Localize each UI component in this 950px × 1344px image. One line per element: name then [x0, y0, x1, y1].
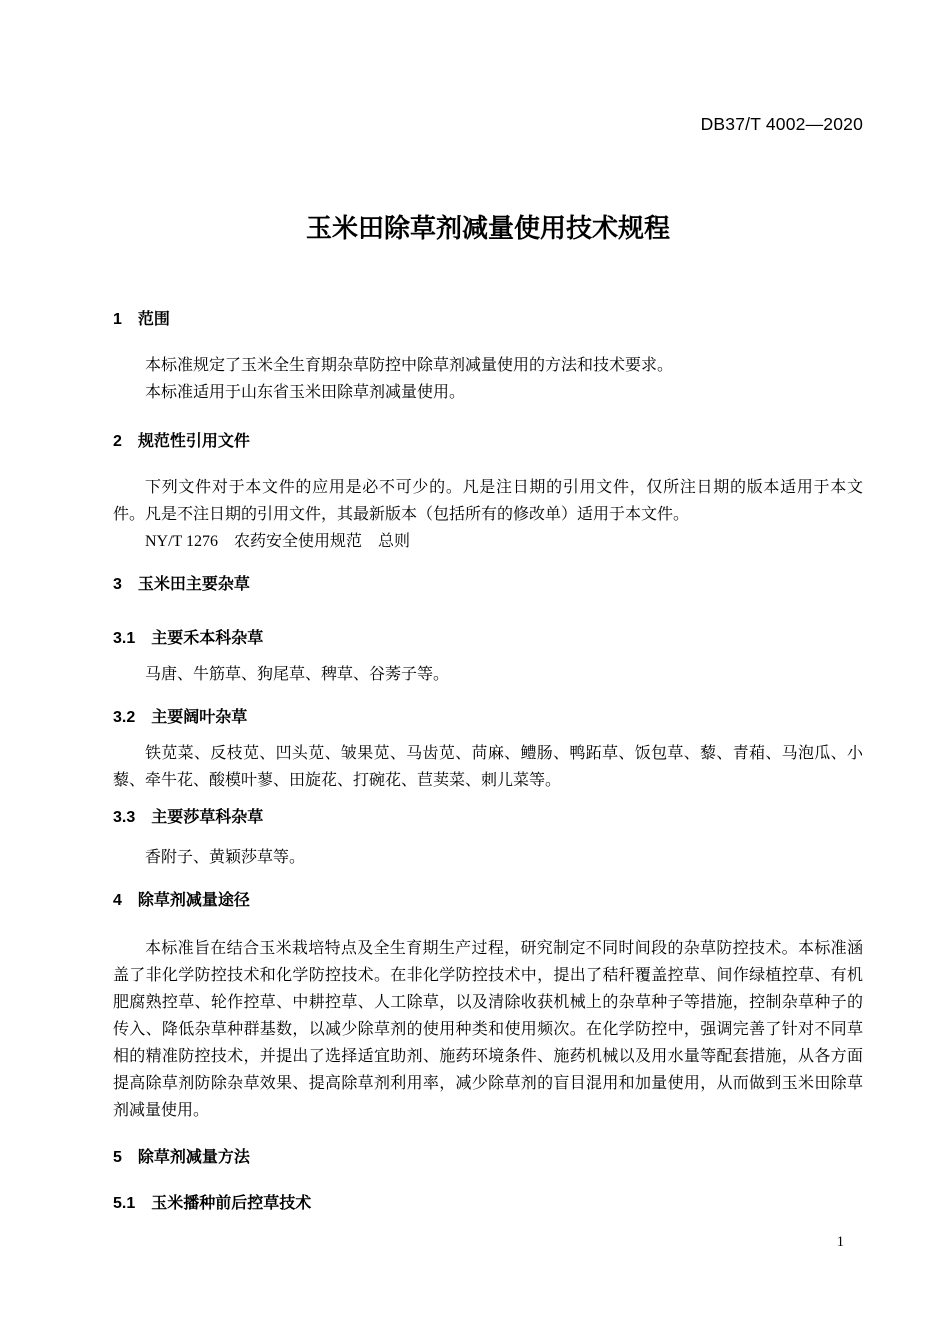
section-title: 范围 [138, 311, 170, 328]
section-heading: 5除草剂减量方法 [113, 1148, 863, 1168]
standard-code: DB37/T 4002—2020 [113, 0, 863, 134]
section-normative-references: 2规范性引用文件 下列文件对于本文件的应用是必不可少的。凡是注日期的引用文件，仅… [113, 432, 863, 555]
section-heading: 3玉米田主要杂草 [113, 575, 863, 595]
page-number: 1 [837, 1233, 844, 1251]
section-heading: 4除草剂减量途径 [113, 891, 863, 911]
section-number: 3.2 [113, 708, 135, 728]
section-number: 5.1 [113, 1194, 135, 1214]
section-number: 3 [113, 575, 122, 595]
subsection-heading: 3.1主要禾本科杂草 [113, 629, 863, 649]
section-number: 1 [113, 310, 122, 330]
section-title: 主要莎草科杂草 [151, 809, 263, 826]
section-gramineae-weeds: 3.1主要禾本科杂草 马唐、牛筋草、狗尾草、稗草、谷莠子等。 [113, 629, 863, 688]
section-broadleaf-weeds: 3.2主要阔叶杂草 铁苋菜、反枝苋、凹头苋、皱果苋、马齿苋、苘麻、鳢肠、鸭跖草、… [113, 708, 863, 794]
subsection-heading: 3.3主要莎草科杂草 [113, 808, 863, 828]
document-content: DB37/T 4002—2020 玉米田除草剂减量使用技术规程 1范围 本标准规… [0, 0, 950, 1214]
document-title: 玉米田除草剂减量使用技术规程 [113, 210, 863, 246]
section-heading: 2规范性引用文件 [113, 432, 863, 452]
section-number: 3.1 [113, 629, 135, 649]
section-title: 规范性引用文件 [138, 433, 250, 450]
section-number: 4 [113, 891, 122, 911]
section-main-weeds: 3玉米田主要杂草 [113, 575, 863, 595]
section-scope: 1范围 本标准规定了玉米全生育期杂草防控中除草剂减量使用的方法和技术要求。 本标… [113, 310, 863, 406]
section-number: 2 [113, 432, 122, 452]
section-sedge-weeds: 3.3主要莎草科杂草 香附子、黄颖莎草等。 [113, 808, 863, 871]
section-title: 玉米田主要杂草 [138, 576, 250, 593]
subsection-heading: 5.1玉米播种前后控草技术 [113, 1194, 863, 1214]
paragraph: 下列文件对于本文件的应用是必不可少的。凡是注日期的引用文件，仅所注日期的版本适用… [113, 474, 863, 528]
section-reduction-approaches: 4除草剂减量途径 本标准旨在结合玉米栽培特点及全生育期生产过程，研究制定不同时间… [113, 891, 863, 1124]
section-sowing-weed-control: 5.1玉米播种前后控草技术 [113, 1194, 863, 1214]
paragraph: 铁苋菜、反枝苋、凹头苋、皱果苋、马齿苋、苘麻、鳢肠、鸭跖草、饭包草、藜、青葙、马… [113, 740, 863, 794]
section-title: 主要禾本科杂草 [151, 630, 263, 647]
document-page: DB37/T 4002—2020 玉米田除草剂减量使用技术规程 1范围 本标准规… [0, 0, 950, 1344]
referenced-standard: NY/T 1276 农药安全使用规范 总则 [113, 528, 863, 555]
paragraph: 本标准规定了玉米全生育期杂草防控中除草剂减量使用的方法和技术要求。 [113, 352, 863, 379]
paragraph: 马唐、牛筋草、狗尾草、稗草、谷莠子等。 [113, 661, 863, 688]
section-heading: 1范围 [113, 310, 863, 330]
paragraph: 本标准适用于山东省玉米田除草剂减量使用。 [113, 379, 863, 406]
section-title: 除草剂减量方法 [138, 1149, 250, 1166]
section-reduction-methods: 5除草剂减量方法 [113, 1148, 863, 1168]
subsection-heading: 3.2主要阔叶杂草 [113, 708, 863, 728]
section-title: 主要阔叶杂草 [151, 709, 247, 726]
paragraph: 本标准旨在结合玉米栽培特点及全生育期生产过程，研究制定不同时间段的杂草防控技术。… [113, 935, 863, 1124]
section-title: 玉米播种前后控草技术 [151, 1195, 311, 1212]
section-title: 除草剂减量途径 [138, 892, 250, 909]
paragraph: 香附子、黄颖莎草等。 [113, 844, 863, 871]
section-number: 3.3 [113, 808, 135, 828]
section-number: 5 [113, 1148, 122, 1168]
